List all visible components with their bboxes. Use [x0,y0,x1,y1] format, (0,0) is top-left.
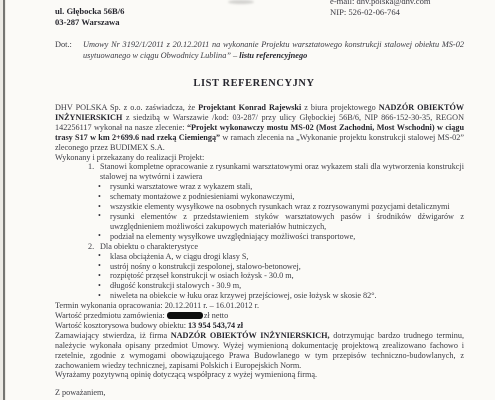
item-text: Stanowi kompletne opracowanie z rysunkam… [100,162,464,181]
bullet-item: klasa obciążenia A, w ciągu drogi klasy … [55,252,464,262]
estimate-value: 13 954 543,74 zł [188,321,243,330]
bullet-item: rysunki warsztatowe wraz z wykazem stali… [55,182,464,192]
reference-letter-page: ul. Głębocka 56B/6 03-287 Warszawa e-mai… [0,0,495,400]
numbered-item-1: 1. Stanowi kompletne opracowanie z rysun… [55,162,464,182]
sender-address-line1: ul. Głębocka 56B/6 [55,6,124,17]
sender-nip: NIP: 526-02-06-764 [330,7,431,18]
item-text: Dla obiektu o charakterystyce [100,242,198,251]
estimate-line: Wartość kosztorysowa budowy obiektu: 13 … [55,321,464,331]
order-value-line: Wartość przedmiotu zamówienia:zł netto [55,311,464,321]
project-lead-line: Wykonany i przekazany do realizacji Proj… [55,153,464,163]
letter-body: DHV POLSKA Sp. z o.o. zaświadcza, że Pro… [55,103,464,398]
text-run: Zamawiający stwierdza, iż firma [55,331,171,340]
bullet-item: rysunki elementów z przedstawieniem styk… [55,212,464,232]
subject-line: Dot.: Umowy Nr 3192/1/2011 z 20.12.2011 … [55,40,464,62]
bullet-item: niweleta na obiekcie w łuku oraz krzywej… [55,291,464,301]
sender-contact-block: e-mail: dhv.polska@dhv.com NIP: 526-02-0… [330,0,431,18]
scan-edge-line [3,0,5,400]
page-title: LIST REFERENCYJNY [55,78,453,89]
sender-address-line2: 03-287 Warszawa [55,17,124,28]
bullet-item: schematy montażowe z podniesieniami wyko… [55,192,464,202]
intro-paragraph: DHV POLSKA Sp. z o.o. zaświadcza, że Pro… [55,103,464,153]
text-run-company-name: NADZÓR OBIEKTÓW INŻYNIERSKICH, [171,331,330,340]
bullet-item: długość konstrukcji stalowych - 30.9 m, [55,281,464,291]
text-run: z biura projektowego [301,103,378,112]
bullet-item: wszystkie elementy wysyłkowe na osobnych… [55,202,464,212]
opinion-line: Wyrażamy pozytywną opinię dotyczącą wspó… [55,370,464,380]
bullet-item: ustrój nośny o konstrukcji zespolonej, s… [55,262,464,272]
closing-paragraph: Zamawiający stwierdza, iż firma NADZÓR O… [55,331,464,371]
estimate-label: Wartość kosztorysowa budowy obiektu: [55,321,188,330]
subject-emphasis: listu referencyjnego [239,51,307,60]
text-run: DHV POLSKA Sp. z o.o. zaświadcza, że [55,103,198,112]
deadline-line: Termin wykonania opracowania: 20.12.2011… [55,301,464,311]
signoff-line: Z poważaniem, [55,388,464,398]
order-value-suffix: zł netto [204,311,228,320]
sender-email: e-mail: dhv.polska@dhv.com [330,0,431,7]
text-run-designer-name: Projektant Konrad Rajewski [198,103,301,112]
bullet-list-characteristics: klasa obciążenia A, w ciągu drogi klasy … [55,252,464,302]
item-number: 1. [88,162,94,172]
sender-address-block: ul. Głębocka 56B/6 03-287 Warszawa [55,6,124,28]
order-value-label: Wartość przedmiotu zamówienia: [55,311,165,320]
scan-smudge-artifact [228,0,254,4]
numbered-item-2: 2. Dla obiektu o charakterystyce [55,242,464,252]
bullet-item: podział na elementy wysyłkowe uwzględnia… [55,232,464,242]
redaction-box [167,312,203,319]
bullet-item: rozpiętość przęseł konstrukcji w osiach … [55,271,464,281]
subject-label: Dot.: [55,40,72,51]
bullet-list-deliverables: rysunki warsztatowe wraz z wykazem stali… [55,182,464,241]
item-number: 2. [88,242,94,252]
